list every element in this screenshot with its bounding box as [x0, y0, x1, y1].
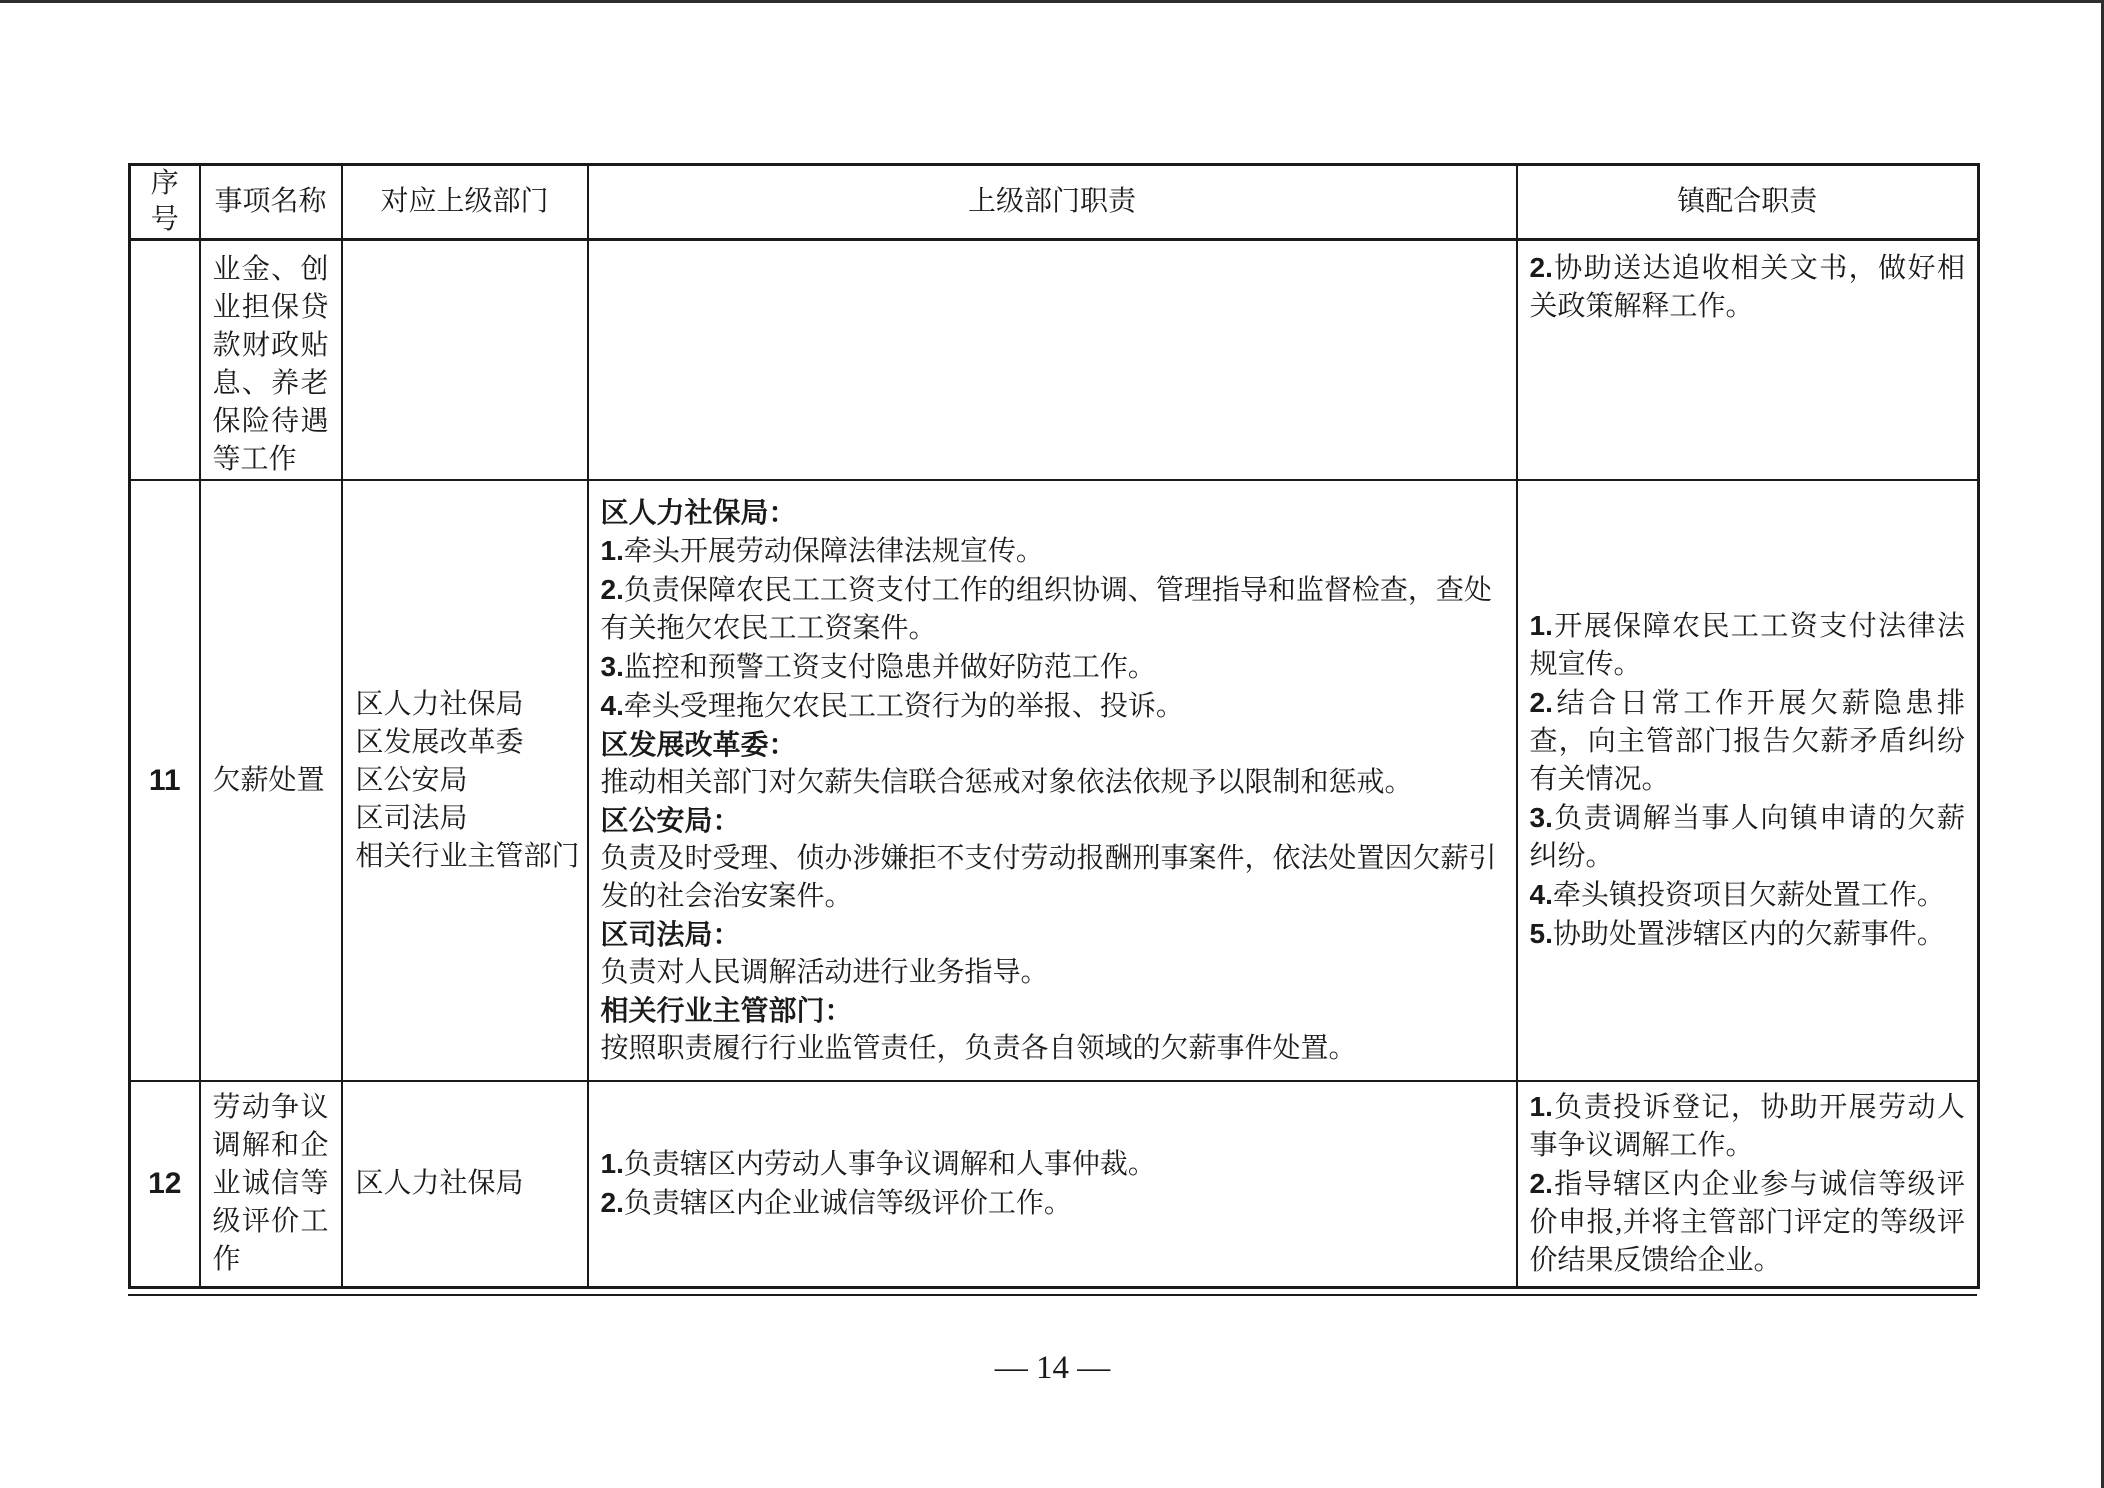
duty-text: 结合日常工作开展欠薪隐患排查，向主管部门报告欠薪矛盾纠纷有关情况。: [1530, 688, 1966, 795]
duty-text: 负责调解当事人向镇申请的欠薪纠纷。: [1530, 803, 1966, 872]
duty-number: 2.: [1530, 252, 1553, 283]
duty-number: 1.: [601, 1148, 624, 1179]
superior-duties-cell: [588, 240, 1517, 481]
superior-duties-cell: 1.负责辖区内劳动人事争议调解和人事仲裁。 2.负责辖区内企业诚信等级评价工作。: [588, 1081, 1517, 1288]
duties-table: 序号 事项名称 对应上级部门 上级部门职责 镇配合职责 业金、创业担保贷款财政贴…: [128, 163, 1980, 1289]
department: 区司法局: [356, 800, 585, 838]
duty-item: 2.结合日常工作开展欠薪隐患排查，向主管部门报告欠薪矛盾纠纷有关情况。: [1530, 684, 1966, 799]
duty-number: 1.: [1530, 1091, 1553, 1122]
town-duties-cell: 1.负责投诉登记，协助开展劳动人事争议调解工作。 2.指导辖区内企业参与诚信等级…: [1517, 1081, 1979, 1288]
duty-item: 2.指导辖区内企业参与诚信等级评价申报,并将主管部门评定的等级评价结果反馈给企业…: [1530, 1165, 1966, 1280]
item-name-cell: 劳动争议调解和企业诚信等级评价工作: [200, 1081, 342, 1288]
duty-text: 牵头开展劳动保障法律法规宣传。: [624, 536, 1044, 567]
page-number: — 14 —: [128, 1346, 1977, 1390]
duty-text: 协助送达追收相关文书，做好相关政策解释工作。: [1530, 253, 1966, 322]
duty-heading: 区发展改革委：: [601, 726, 1504, 764]
duty-text: 牵头受理拖欠农民工工资行为的举报、投诉。: [624, 691, 1184, 722]
duty-text: 负责及时受理、侦办涉嫌拒不支付劳动报酬刑事案件，依法处置因欠薪引发的社会治安案件…: [601, 840, 1504, 916]
duty-heading: 区公安局：: [601, 802, 1504, 840]
table-row-continuation: 业金、创业担保贷款财政贴息、养老保险待遇等工作 2.协助送达追收相关文书，做好相…: [130, 240, 1979, 481]
duty-item: 3.负责调解当事人向镇申请的欠薪纠纷。: [1530, 799, 1966, 876]
item-name-cell: 业金、创业担保贷款财政贴息、养老保险待遇等工作: [200, 240, 342, 481]
duty-text: 负责保障农民工工资支付工作的组织协调、管理指导和监督检查，查处有关拖欠农民工工资…: [601, 575, 1492, 644]
duty-number: 3.: [601, 651, 624, 682]
duty-item: 1.负责投诉登记，协助开展劳动人事争议调解工作。: [1530, 1088, 1966, 1165]
header-superior-department: 对应上级部门: [342, 165, 588, 240]
departments-cell: [342, 240, 588, 481]
duty-text: 监控和预警工资支付隐患并做好防范工作。: [624, 652, 1156, 683]
duties-table-wrap: 序号 事项名称 对应上级部门 上级部门职责 镇配合职责 业金、创业担保贷款财政贴…: [128, 163, 1977, 1296]
superior-duties-cell: 区人力社保局： 1.牵头开展劳动保障法律法规宣传。 2.负责保障农民工工资支付工…: [588, 480, 1517, 1081]
duty-text: 负责辖区内企业诚信等级评价工作。: [624, 1188, 1072, 1219]
header-seq: 序号: [130, 165, 200, 240]
duty-item: 2.负责保障农民工工资支付工作的组织协调、管理指导和监督检查，查处有关拖欠农民工…: [601, 571, 1504, 648]
duty-heading: 区司法局：: [601, 916, 1504, 954]
department: 相关行业主管部门: [356, 838, 585, 876]
duty-number: 4.: [1530, 879, 1553, 910]
duty-item: 2.负责辖区内企业诚信等级评价工作。: [601, 1184, 1504, 1223]
duty-heading: 区人力社保局：: [601, 494, 1504, 532]
header-town-duties: 镇配合职责: [1517, 165, 1979, 240]
department: 区人力社保局: [356, 1165, 585, 1203]
seq-cell: [130, 240, 200, 481]
duty-item: 2.协助送达追收相关文书，做好相关政策解释工作。: [1530, 249, 1966, 326]
item-name-cell: 欠薪处置: [200, 480, 342, 1081]
departments-cell: 区人力社保局: [342, 1081, 588, 1288]
duty-text: 牵头镇投资项目欠薪处置工作。: [1553, 880, 1945, 911]
seq-cell: 11: [130, 480, 200, 1081]
header-item-name: 事项名称: [200, 165, 342, 240]
duty-number: 1.: [1530, 610, 1553, 641]
duty-item: 1.负责辖区内劳动人事争议调解和人事仲裁。: [601, 1145, 1504, 1184]
duty-number: 1.: [601, 535, 624, 566]
duty-number: 2.: [601, 1187, 624, 1218]
town-duties-cell: 1.开展保障农民工工资支付法律法规宣传。 2.结合日常工作开展欠薪隐患排查，向主…: [1517, 480, 1979, 1081]
window-top-edge: [0, 0, 2104, 3]
duty-text: 按照职责履行行业监管责任，负责各自领域的欠薪事件处置。: [601, 1030, 1504, 1068]
duty-item: 1.开展保障农民工工资支付法律法规宣传。: [1530, 607, 1966, 684]
duty-item: 3.监控和预警工资支付隐患并做好防范工作。: [601, 648, 1504, 687]
duty-number: 5.: [1530, 918, 1553, 949]
duty-text: 开展保障农民工工资支付法律法规宣传。: [1530, 611, 1966, 680]
duty-text: 负责辖区内劳动人事争议调解和人事仲裁。: [624, 1149, 1156, 1180]
header-row: 序号 事项名称 对应上级部门 上级部门职责 镇配合职责: [130, 165, 1979, 240]
duty-number: 2.: [601, 574, 624, 605]
duty-text: 协助处置涉辖区内的欠薪事件。: [1553, 919, 1945, 950]
duty-heading: 相关行业主管部门：: [601, 992, 1504, 1030]
department: 区人力社保局: [356, 686, 585, 724]
duty-item: 5.协助处置涉辖区内的欠薪事件。: [1530, 915, 1966, 954]
department: 区发展改革委: [356, 724, 585, 762]
departments-cell: 区人力社保局 区发展改革委 区公安局 区司法局 相关行业主管部门: [342, 480, 588, 1081]
duty-item: 4.牵头受理拖欠农民工工资行为的举报、投诉。: [601, 687, 1504, 726]
table-row-12: 12 劳动争议调解和企业诚信等级评价工作 区人力社保局 1.负责辖区内劳动人事争…: [130, 1081, 1979, 1288]
duty-item: 4.牵头镇投资项目欠薪处置工作。: [1530, 876, 1966, 915]
document-page: 序号 事项名称 对应上级部门 上级部门职责 镇配合职责 业金、创业担保贷款财政贴…: [0, 0, 2104, 1488]
duty-item: 1.牵头开展劳动保障法律法规宣传。: [601, 532, 1504, 571]
town-duties-cell: 2.协助送达追收相关文书，做好相关政策解释工作。: [1517, 240, 1979, 481]
header-superior-duties: 上级部门职责: [588, 165, 1517, 240]
duty-text: 负责对人民调解活动进行业务指导。: [601, 954, 1504, 992]
table-bottom-rule: [128, 1294, 1977, 1296]
duty-text: 指导辖区内企业参与诚信等级评价申报,并将主管部门评定的等级评价结果反馈给企业。: [1530, 1169, 1966, 1276]
duty-number: 2.: [1530, 687, 1553, 718]
duty-text: 推动相关部门对欠薪失信联合惩戒对象依法依规予以限制和惩戒。: [601, 764, 1504, 802]
table-row-11: 11 欠薪处置 区人力社保局 区发展改革委 区公安局 区司法局 相关行业主管部门…: [130, 480, 1979, 1081]
duty-number: 3.: [1530, 802, 1553, 833]
department: 区公安局: [356, 762, 585, 800]
duty-text: 负责投诉登记，协助开展劳动人事争议调解工作。: [1530, 1092, 1966, 1161]
duty-number: 2.: [1530, 1168, 1553, 1199]
seq-cell: 12: [130, 1081, 200, 1288]
duty-number: 4.: [601, 690, 624, 721]
